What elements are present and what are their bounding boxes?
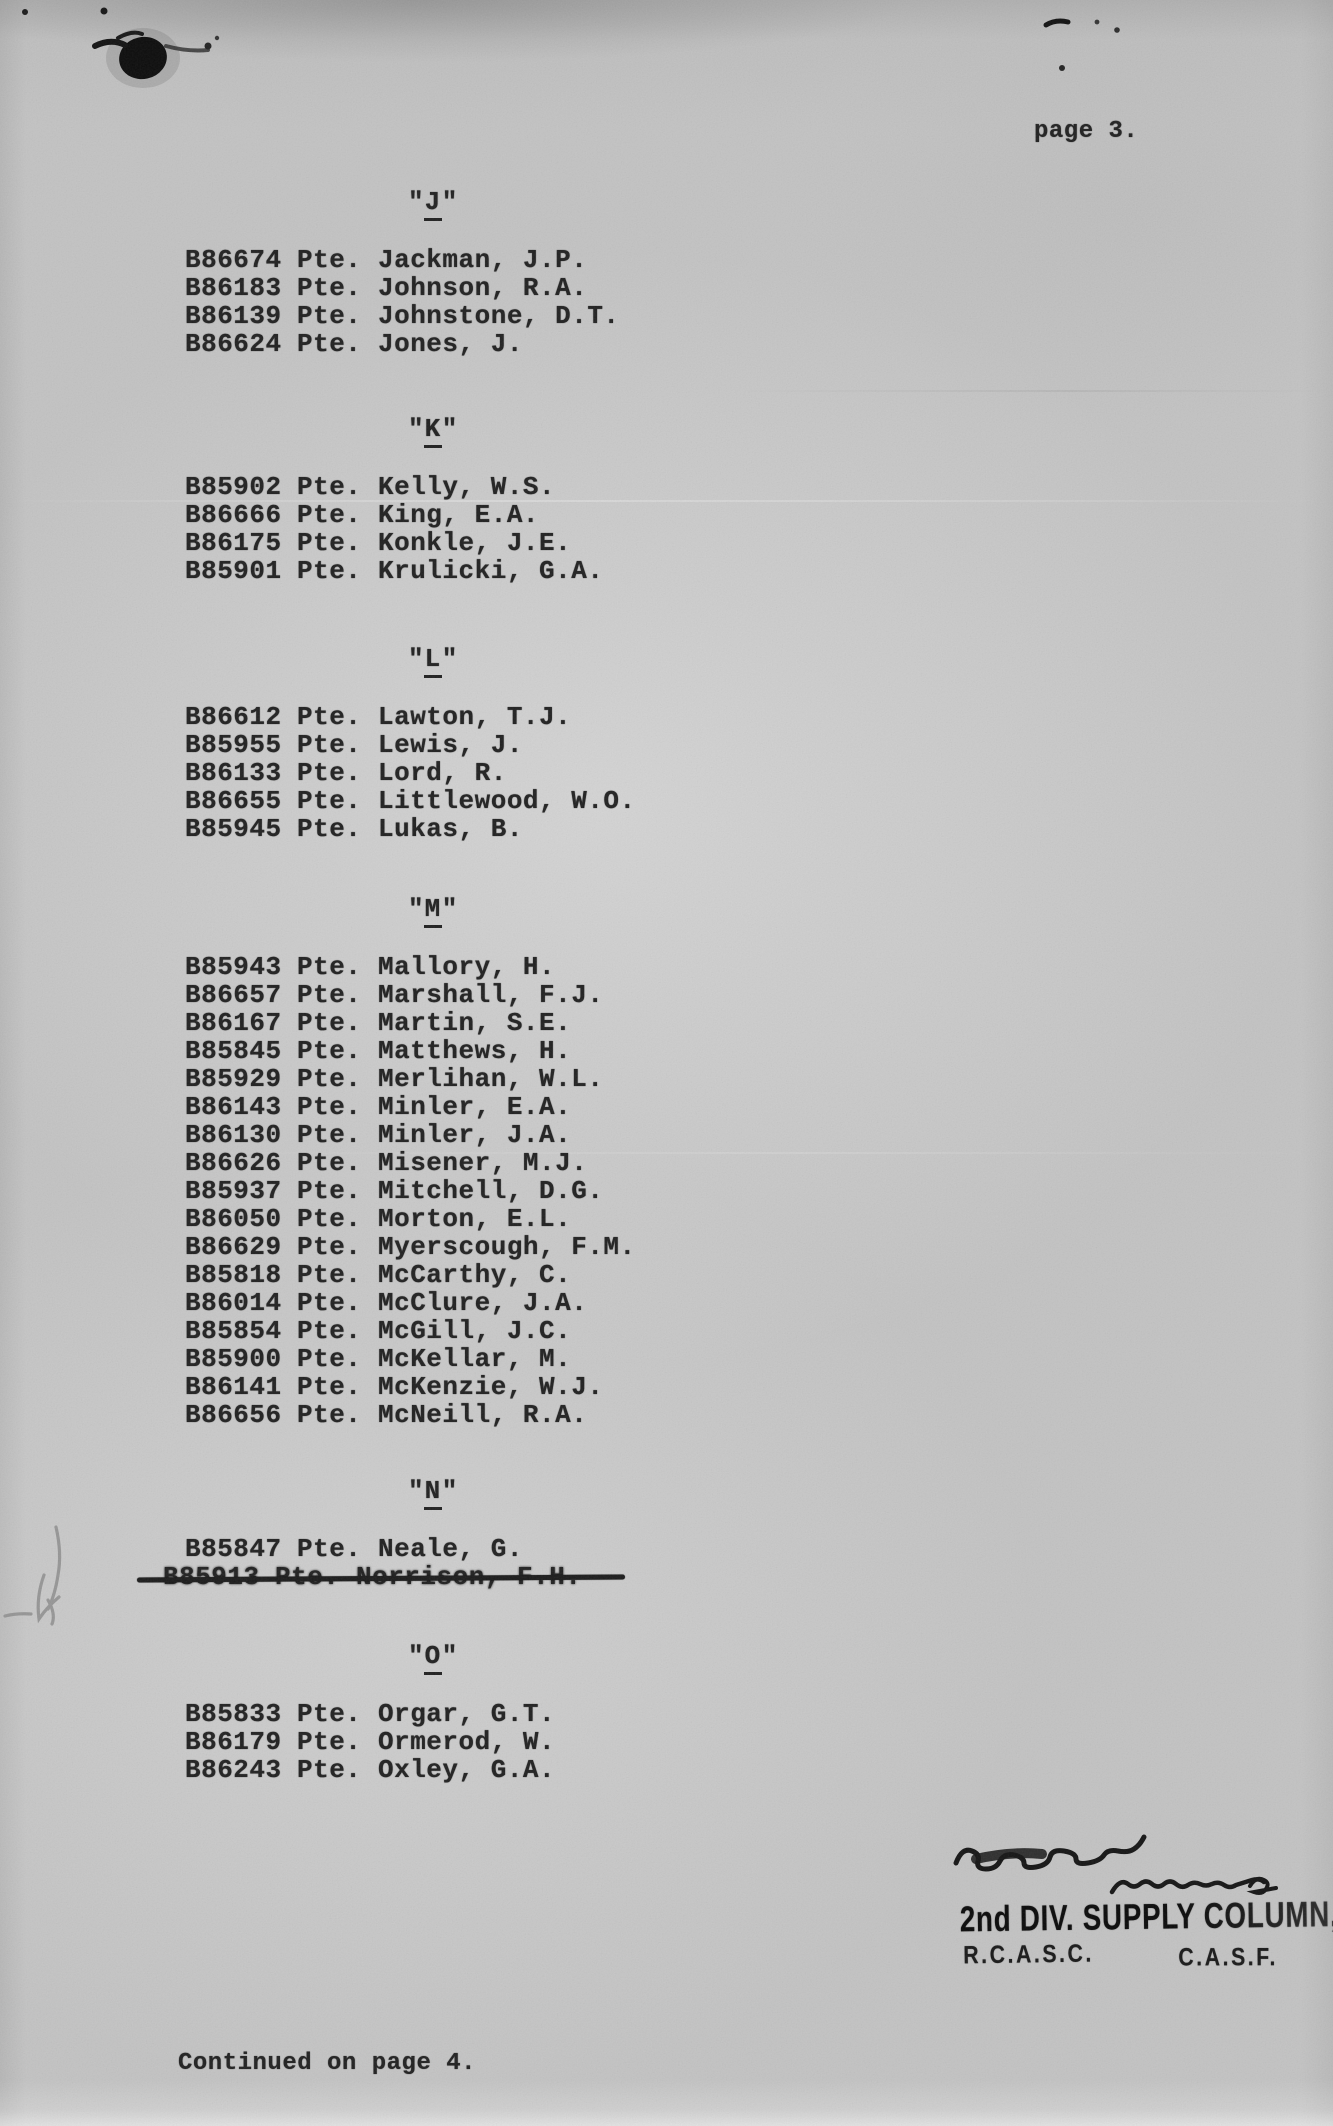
roster-entry: B86143Pte.Minler, E.A. [185,1093,636,1121]
surname-initials: Littlewood, W.O. [378,786,636,816]
rank: Pte. [297,787,378,815]
section-header-N: "N" [408,1475,581,1507]
section-header-K: "K" [408,413,603,445]
service-number: B85913 [163,1563,275,1591]
roster-section-L: "L"B86612Pte.Lawton, T.J.B85955Pte.Lewis… [185,643,636,843]
roster-entry: B86130Pte.Minler, J.A. [185,1121,636,1149]
stamp-abbreviations: R.C.A.S.C. C.A.S.F. [960,1936,1305,1973]
rank: Pte. [297,981,378,1009]
roster-entry: B85901Pte.Krulicki, G.A. [185,557,603,585]
roster-entry: B85902Pte.Kelly, W.S. [185,473,603,501]
rank: Pte. [297,1065,378,1093]
surname-initials: Lukas, B. [378,814,523,844]
roster-entry: B86629Pte.Myerscough, F.M. [185,1233,636,1261]
rank: Pte. [297,1121,378,1149]
rank: Pte. [297,1093,378,1121]
service-number: B85929 [185,1065,297,1093]
quote-mark: " [408,414,424,444]
surname-initials: McKellar, M. [378,1344,571,1374]
roster-entry: B85847Pte.Neale, G. [185,1535,581,1563]
service-number: B85902 [185,473,297,501]
roster-entry-struck: B85913Pte.Norrison, F.H. [163,1563,581,1591]
rank: Pte. [297,1535,378,1563]
service-number: B86014 [185,1289,297,1317]
rank: Pte. [297,302,378,330]
section-letter: N [424,1476,442,1510]
section-letter: M [424,894,442,928]
unit-stamp: 2nd DIV. SUPPLY COLUMN, R.C.A.S.C. C.A.S… [960,1893,1333,1973]
service-number: B86674 [185,246,297,274]
service-number: B85937 [185,1177,297,1205]
rank: Pte. [297,1037,378,1065]
roster-entry: B86674Pte.Jackman, J.P. [185,246,620,274]
service-number: B86626 [185,1149,297,1177]
section-letter: O [424,1641,442,1675]
stamp-casf: C.A.S.F. [1178,1942,1278,1972]
rank: Pte. [297,1373,378,1401]
surname-initials: Johnson, R.A. [378,273,587,303]
rank: Pte. [297,759,378,787]
section-rows: B85833Pte.Orgar, G.T.B86179Pte.Ormerod, … [185,1700,555,1784]
rank: Pte. [297,246,378,274]
service-number: B86141 [185,1373,297,1401]
document-page: page 3. "J"B86674Pte.Jackman, J.P.B86183… [0,0,1333,2126]
roster-entry: B86141Pte.McKenzie, W.J. [185,1373,636,1401]
roster-entry: B86050Pte.Morton, E.L. [185,1205,636,1233]
surname-initials: Lawton, T.J. [378,702,571,732]
surname-initials: Lord, R. [378,758,507,788]
service-number: B85854 [185,1317,297,1345]
roster-entry: B86179Pte.Ormerod, W. [185,1728,555,1756]
rank: Pte. [297,815,378,843]
roster-entry: B85854Pte.McGill, J.C. [185,1317,636,1345]
section-rows: B85847Pte.Neale, G.B85913Pte.Norrison, F… [185,1535,581,1591]
surname-initials: Minler, J.A. [378,1120,571,1150]
roster-entry: B86657Pte.Marshall, F.J. [185,981,636,1009]
surname-initials: Johnstone, D.T. [378,301,620,331]
quote-mark: " [442,187,458,217]
service-number: B86167 [185,1009,297,1037]
service-number: B85847 [185,1535,297,1563]
service-number: B85833 [185,1700,297,1728]
surname-initials: Orgar, G.T. [378,1699,555,1729]
service-number: B86139 [185,302,297,330]
section-header-L: "L" [408,643,636,675]
service-number: B85943 [185,953,297,981]
rank: Pte. [275,1563,356,1591]
service-number: B86179 [185,1728,297,1756]
service-number: B85945 [185,815,297,843]
surname-initials: McNeill, R.A. [378,1400,587,1430]
section-letter: K [424,414,442,448]
roster-entry: B85943Pte.Mallory, H. [185,953,636,981]
surname-initials: Jones, J. [378,329,523,359]
surname-initials: Mallory, H. [378,952,555,982]
surname-initials: Matthews, H. [378,1036,571,1066]
section-header-J: "J" [408,186,620,218]
roster-entry: B86167Pte.Martin, S.E. [185,1009,636,1037]
quote-mark: " [408,187,424,217]
surname-initials: Mitchell, D.G. [378,1176,603,1206]
section-header-O: "O" [408,1640,555,1672]
quote-mark: " [408,1476,424,1506]
service-number: B85845 [185,1037,297,1065]
roster-entry: B86626Pte.Misener, M.J. [185,1149,636,1177]
roster-entry: B86243Pte.Oxley, G.A. [185,1756,555,1784]
roster-section-O: "O"B85833Pte.Orgar, G.T.B86179Pte.Ormero… [185,1640,555,1784]
roster-entry: B86612Pte.Lawton, T.J. [185,703,636,731]
rank: Pte. [297,1233,378,1261]
roster-entry: B86014Pte.McClure, J.A. [185,1289,636,1317]
rank: Pte. [297,473,378,501]
rank: Pte. [297,274,378,302]
service-number: B86243 [185,1756,297,1784]
surname-initials: Ormerod, W. [378,1727,555,1757]
roster-entry: B85818Pte.McCarthy, C. [185,1261,636,1289]
roster-entry: B86133Pte.Lord, R. [185,759,636,787]
continued-note: Continued on page 4. [178,2050,476,2078]
quote-mark: " [408,644,424,674]
rank: Pte. [297,1261,378,1289]
rank: Pte. [297,330,378,358]
rank: Pte. [297,1728,378,1756]
service-number: B86656 [185,1401,297,1429]
roster-entry: B86624Pte.Jones, J. [185,330,620,358]
roster-entry: B86139Pte.Johnstone, D.T. [185,302,620,330]
rank: Pte. [297,1009,378,1037]
rank: Pte. [297,703,378,731]
service-number: B86130 [185,1121,297,1149]
service-number: B86657 [185,981,297,1009]
quote-mark: " [442,644,458,674]
rank: Pte. [297,1289,378,1317]
surname-initials: Neale, G. [378,1534,523,1564]
quote-mark: " [442,414,458,444]
surname-initials: Norrison, F.H. [356,1562,581,1592]
signature-mark [956,1837,1276,1893]
section-letter: J [424,187,442,221]
section-rows: B86612Pte.Lawton, T.J.B85955Pte.Lewis, J… [185,703,636,843]
quote-mark: " [408,894,424,924]
roster-entry: B85955Pte.Lewis, J. [185,731,636,759]
roster-entry: B86655Pte.Littlewood, W.O. [185,787,636,815]
section-rows: B85902Pte.Kelly, W.S.B86666Pte.King, E.A… [185,473,603,585]
roster-section-K: "K"B85902Pte.Kelly, W.S.B86666Pte.King, … [185,413,603,585]
surname-initials: Myerscough, F.M. [378,1232,636,1262]
quote-mark: " [442,1476,458,1506]
roster-entry: B86183Pte.Johnson, R.A. [185,274,620,302]
surname-initials: Merlihan, W.L. [378,1064,603,1094]
ink-blot [95,28,208,88]
surname-initials: King, E.A. [378,500,539,530]
surname-initials: McCarthy, C. [378,1260,571,1290]
rank: Pte. [297,953,378,981]
rank: Pte. [297,1401,378,1429]
rank: Pte. [297,1149,378,1177]
service-number: B86133 [185,759,297,787]
pencil-scribble [5,1527,60,1624]
roster-section-N: "N"B85847Pte.Neale, G.B85913Pte.Norrison… [185,1475,581,1591]
roster-section-J: "J"B86674Pte.Jackman, J.P.B86183Pte.John… [185,186,620,358]
service-number: B85818 [185,1261,297,1289]
rank: Pte. [297,501,378,529]
roster-entry: B85900Pte.McKellar, M. [185,1345,636,1373]
roster-entry: B86666Pte.King, E.A. [185,501,603,529]
surname-initials: McKenzie, W.J. [378,1372,603,1402]
quote-mark: " [442,894,458,924]
service-number: B85955 [185,731,297,759]
surname-initials: Minler, E.A. [378,1092,571,1122]
roster-entry: B85945Pte.Lukas, B. [185,815,636,843]
section-rows: B86674Pte.Jackman, J.P.B86183Pte.Johnson… [185,246,620,358]
rank: Pte. [297,529,378,557]
roster-entry: B85833Pte.Orgar, G.T. [185,1700,555,1728]
surname-initials: Kelly, W.S. [378,472,555,502]
rank: Pte. [297,1177,378,1205]
service-number: B86143 [185,1093,297,1121]
rank: Pte. [297,1317,378,1345]
surname-initials: Krulicki, G.A. [378,556,603,586]
service-number: B86666 [185,501,297,529]
roster-entry: B86656Pte.McNeill, R.A. [185,1401,636,1429]
roster-entry: B86175Pte.Konkle, J.E. [185,529,603,557]
section-header-M: "M" [408,893,636,925]
surname-initials: Marshall, F.J. [378,980,603,1010]
stamp-rcasc: R.C.A.S.C. [963,1939,1094,1971]
service-number: B86175 [185,529,297,557]
surname-initials: Morton, E.L. [378,1204,571,1234]
section-rows: B85943Pte.Mallory, H.B86657Pte.Marshall,… [185,953,636,1429]
surname-initials: Konkle, J.E. [378,528,571,558]
quote-mark: " [442,1641,458,1671]
roster-entry: B85845Pte.Matthews, H. [185,1037,636,1065]
quote-mark: " [408,1641,424,1671]
surname-initials: McGill, J.C. [378,1316,571,1346]
rank: Pte. [297,1205,378,1233]
section-letter: L [424,644,442,678]
page-number-label: page 3. [1034,118,1138,146]
service-number: B86629 [185,1233,297,1261]
surname-initials: Lewis, J. [378,730,523,760]
rank: Pte. [297,731,378,759]
service-number: B86624 [185,330,297,358]
service-number: B86655 [185,787,297,815]
rank: Pte. [297,1345,378,1373]
rank: Pte. [297,557,378,585]
paper-crease [0,390,1333,392]
service-number: B85900 [185,1345,297,1373]
stamp-unit-name: 2nd DIV. SUPPLY COLUMN, [960,1894,1333,1939]
surname-initials: Jackman, J.P. [378,245,587,275]
surname-initials: Oxley, G.A. [378,1755,555,1785]
service-number: B86612 [185,703,297,731]
service-number: B86183 [185,274,297,302]
surname-initials: Martin, S.E. [378,1008,571,1038]
service-number: B86050 [185,1205,297,1233]
service-number: B85901 [185,557,297,585]
rank: Pte. [297,1756,378,1784]
roster-entry: B85937Pte.Mitchell, D.G. [185,1177,636,1205]
surname-initials: Misener, M.J. [378,1148,587,1178]
roster-section-M: "M"B85943Pte.Mallory, H.B86657Pte.Marsha… [185,893,636,1429]
ink-specks [22,8,1120,72]
roster-entry: B85929Pte.Merlihan, W.L. [185,1065,636,1093]
surname-initials: McClure, J.A. [378,1288,587,1318]
rank: Pte. [297,1700,378,1728]
